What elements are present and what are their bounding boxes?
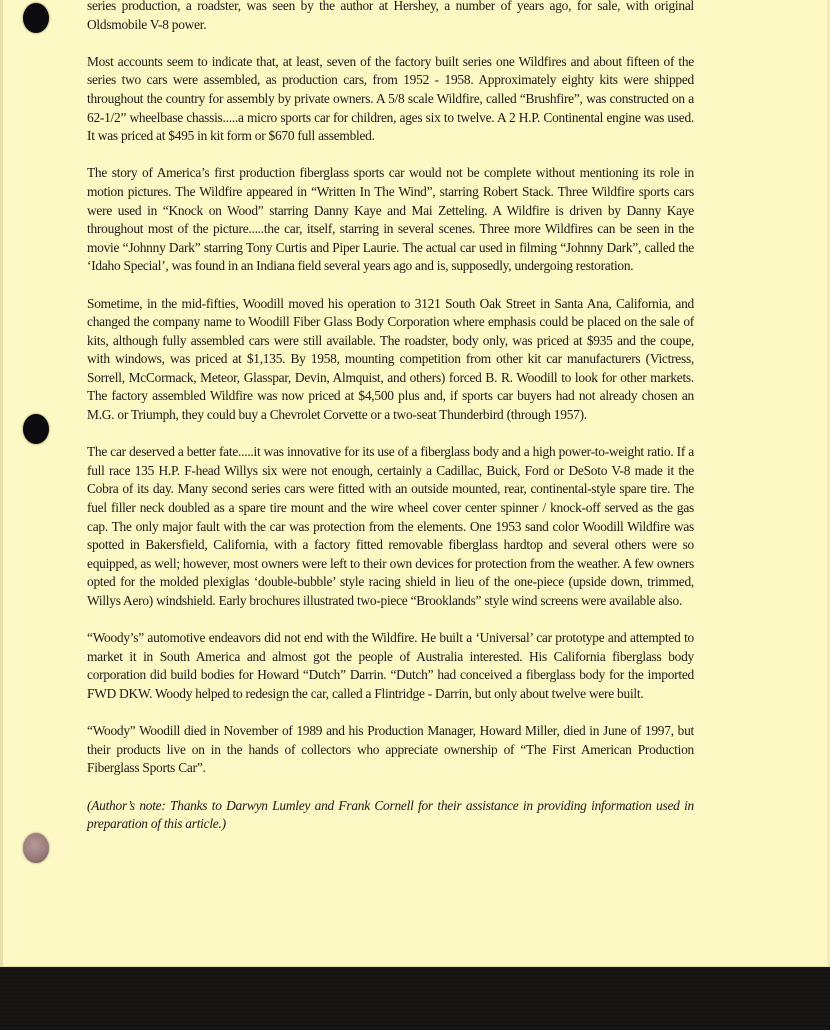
paragraph-4: Sometime, in the mid-fifties, Woodill mo… — [87, 295, 694, 425]
paragraph-7: “Woody” Woodill died in November of 1989… — [87, 722, 694, 778]
paragraph-1: series production, a roadster, was seen … — [87, 0, 694, 34]
hole-punch-bottom — [23, 833, 49, 863]
page-left-edge — [0, 0, 3, 966]
hole-punch-top — [23, 3, 49, 33]
scanner-background — [0, 967, 830, 1030]
article-body: series production, a roadster, was seen … — [87, 0, 694, 852]
paragraph-2: Most accounts seem to indicate that, at … — [87, 53, 694, 146]
paragraph-3: The story of America’s first production … — [87, 164, 694, 276]
paragraph-5: The car deserved a better fate.....it wa… — [87, 443, 694, 610]
authors-note: (Author’s note: Thanks to Darwyn Lumley … — [87, 797, 694, 834]
paragraph-6: “Woody’s” automotive endeavors did not e… — [87, 629, 694, 703]
hole-punch-middle — [23, 414, 49, 444]
scanned-page: series production, a roadster, was seen … — [0, 0, 830, 967]
